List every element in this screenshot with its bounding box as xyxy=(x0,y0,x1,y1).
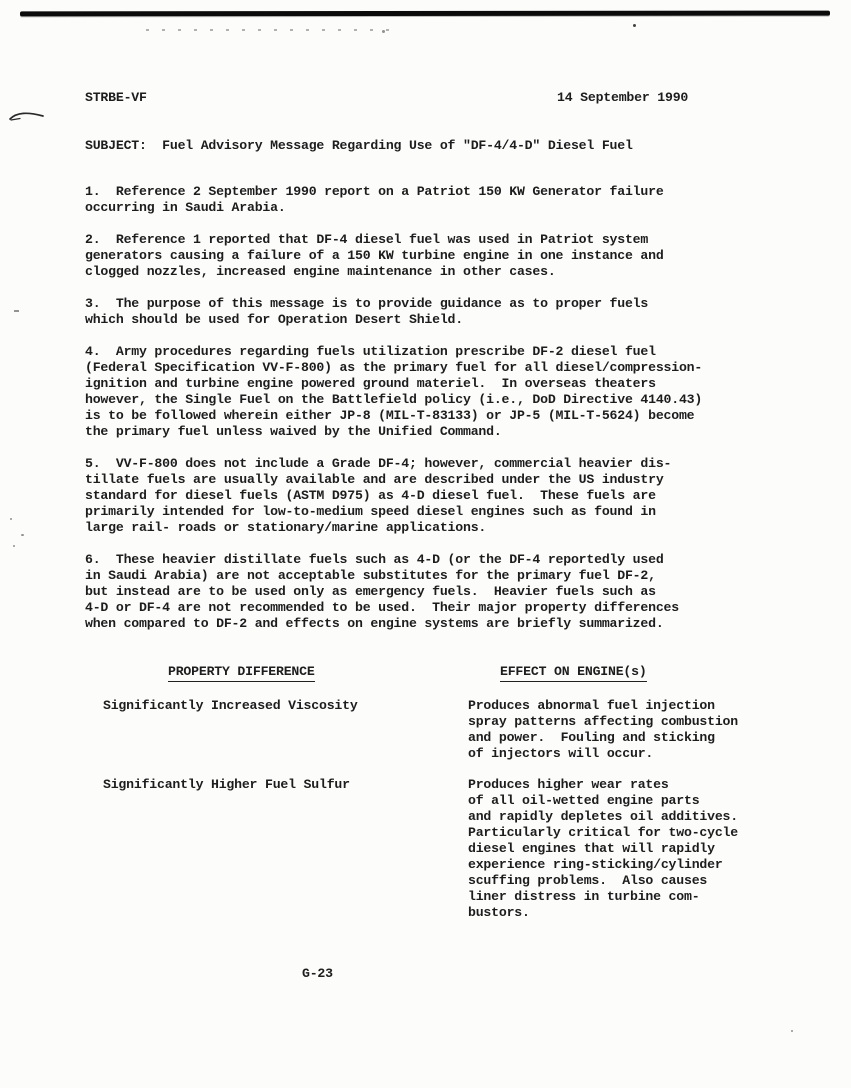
effect-on-engine-header: EFFECT ON ENGINE(s) xyxy=(500,664,647,682)
property-cell: Significantly Higher Fuel Sulfur xyxy=(103,777,350,793)
property-difference-header: PROPERTY DIFFERENCE xyxy=(168,664,315,682)
paragraph-5: 5. VV-F-800 does not include a Grade DF-… xyxy=(85,456,671,536)
scan-top-bar xyxy=(20,11,830,17)
document-page: STRBE-VF 14 September 1990 SUBJECT: Fuel… xyxy=(0,0,851,1088)
scan-speck xyxy=(14,310,19,312)
page-number: G-23 xyxy=(302,966,333,982)
scan-speck xyxy=(10,518,12,520)
property-cell: Significantly Increased Viscosity xyxy=(103,698,358,714)
effect-cell: Produces higher wear rates of all oil-we… xyxy=(468,777,738,921)
office-symbol: STRBE-VF xyxy=(85,90,147,106)
document-date: 14 September 1990 xyxy=(557,90,688,106)
scan-speck xyxy=(633,24,636,27)
scan-speck xyxy=(791,1030,793,1032)
subject-line: SUBJECT: Fuel Advisory Message Regarding… xyxy=(85,138,633,154)
handwritten-squiggle-mark xyxy=(8,108,48,124)
paragraph-3: 3. The purpose of this message is to pro… xyxy=(85,296,648,328)
paragraph-6: 6. These heavier distillate fuels such a… xyxy=(85,552,679,632)
paragraph-1: 1. Reference 2 September 1990 report on … xyxy=(85,184,664,216)
paragraph-4: 4. Army procedures regarding fuels utili… xyxy=(85,344,702,440)
scan-dotted-artifact xyxy=(146,29,396,31)
paragraph-2: 2. Reference 1 reported that DF-4 diesel… xyxy=(85,232,664,280)
scan-speck xyxy=(13,545,15,547)
scan-speck xyxy=(21,534,24,536)
effect-cell: Produces abnormal fuel injection spray p… xyxy=(468,698,738,762)
scan-speck xyxy=(382,30,385,33)
